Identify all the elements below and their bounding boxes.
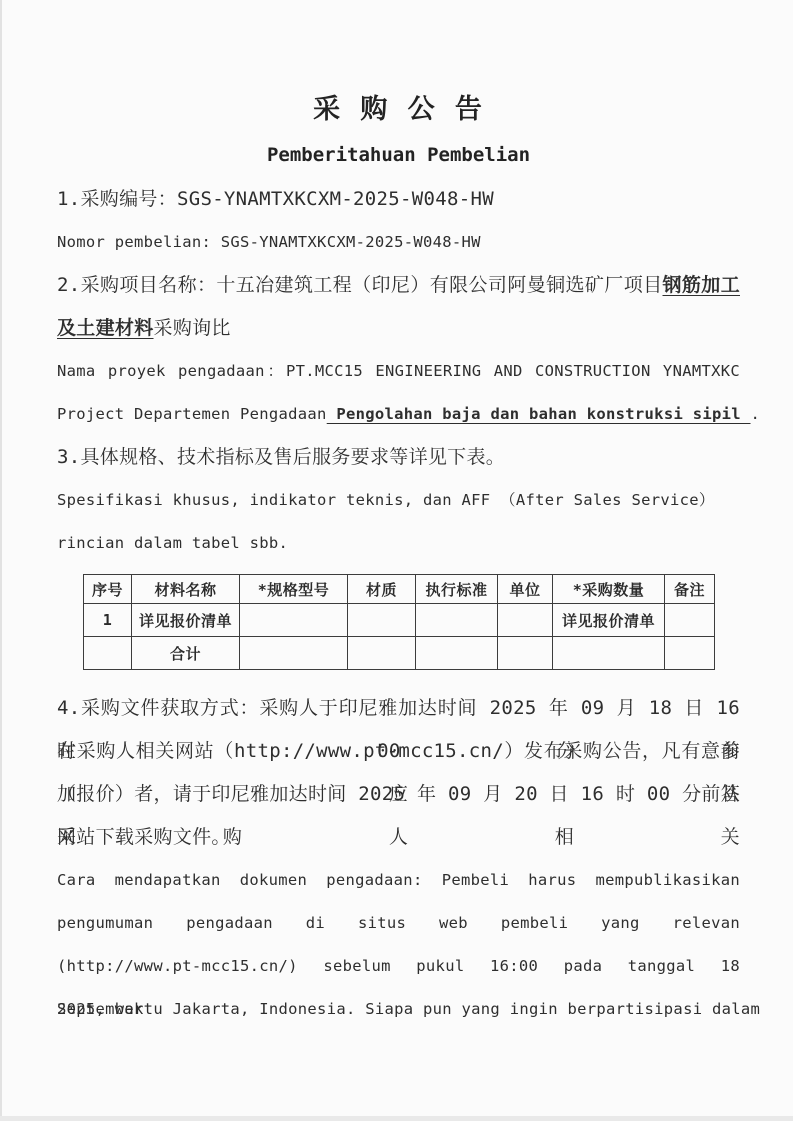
cell-material-name: 详见报价清单	[132, 604, 240, 637]
col-header-material: 材质	[348, 575, 416, 604]
procurement-number-id: Nomor pembelian: SGS-YNAMTXKCXM-2025-W04…	[57, 221, 740, 264]
doc-access-cn-line1: 4.采购文件获取方式：采购人于印尼雅加达时间 2025 年 09 月 18 日 …	[57, 687, 740, 730]
col-header-index: 序号	[84, 575, 132, 604]
cell-quantity	[553, 637, 665, 670]
project-name-cn-underline1: 钢筋加工	[663, 274, 741, 296]
project-name-cn-text: 2.采购项目名称：十五冶建筑工程（印尼）有限公司阿曼铜选矿厂项目	[57, 274, 663, 296]
project-name-cn-line1: 2.采购项目名称：十五冶建筑工程（印尼）有限公司阿曼铜选矿厂项目钢筋加工	[57, 264, 740, 307]
project-name-cn-tail: 采购询比	[154, 317, 231, 339]
cell-spec-model	[240, 637, 348, 670]
col-header-remark: 备注	[665, 575, 715, 604]
doc-access-id-line2: pengumuman pengadaan di situs web pembel…	[57, 902, 740, 945]
cell-index: 1	[84, 604, 132, 637]
doc-access-id-line1: Cara mendapatkan dokumen pengadaan: Pemb…	[57, 859, 740, 902]
col-header-unit: 单位	[498, 575, 553, 604]
project-name-id-line2: Project Departemen Pengadaan Pengolahan …	[57, 393, 740, 436]
cell-standard	[416, 637, 498, 670]
procurement-number-cn: 1.采购编号：SGS-YNAMTXKCXM-2025-W048-HW	[57, 178, 740, 221]
col-header-material-name: 材料名称	[132, 575, 240, 604]
doc-access-id-line3: (http://www.pt-mcc15.cn/) sebelum pukul …	[57, 945, 740, 988]
cell-unit	[498, 604, 553, 637]
cell-spec-model	[240, 604, 348, 637]
table-row: 1 详见报价清单 详见报价清单	[84, 604, 715, 637]
spec-intro-id-line1: Spesifikasi khusus, indikator teknis, da…	[57, 479, 740, 522]
doc-access-id-line4: 2025, waktu Jakarta, Indonesia. Siapa pu…	[57, 988, 740, 1031]
project-name-id-period: .	[751, 405, 761, 423]
doc-access-cn-line2: 在采购人相关网站（http://www.pt-mcc15.cn/）发布采购公告，…	[57, 730, 740, 773]
table-row: 合计	[84, 637, 715, 670]
project-name-id-line1: Nama proyek pengadaan：PT.MCC15 ENGINEERI…	[57, 350, 740, 393]
spec-intro-id-line2: rincian dalam tabel sbb.	[57, 522, 740, 565]
cell-material	[348, 604, 416, 637]
document-page: 采 购 公 告 Pemberitahuan Pembelian 1.采购编号：S…	[0, 0, 793, 1031]
cell-index	[84, 637, 132, 670]
col-header-quantity: *采购数量	[553, 575, 665, 604]
cell-remark	[665, 637, 715, 670]
project-name-id-underline: Pengolahan baja dan bahan konstruksi sip…	[327, 405, 751, 423]
doc-access-cn-line3: （报价）者，请于印尼雅加达时间 2025 年 09 月 20 日 16 时 00…	[57, 773, 740, 816]
cell-unit	[498, 637, 553, 670]
project-name-cn-underline2: 及土建材料	[57, 317, 154, 339]
col-header-standard: 执行标准	[416, 575, 498, 604]
project-name-cn-line2: 及土建材料采购询比	[57, 307, 740, 350]
cell-material	[348, 637, 416, 670]
cell-standard	[416, 604, 498, 637]
project-name-id-text: Project Departemen Pengadaan	[57, 405, 327, 423]
scan-edge-bottom	[0, 1116, 793, 1121]
document-title-indonesian: Pemberitahuan Pembelian	[57, 138, 740, 172]
table-header-row: 序号 材料名称 *规格型号 材质 执行标准 单位 *采购数量 备注	[84, 575, 715, 604]
document-title-chinese: 采 购 公 告	[57, 90, 740, 130]
cell-quantity: 详见报价清单	[553, 604, 665, 637]
cell-total-label: 合计	[132, 637, 240, 670]
cell-remark	[665, 604, 715, 637]
spec-intro-cn: 3.具体规格、技术指标及售后服务要求等详见下表。	[57, 436, 740, 479]
specification-table: 序号 材料名称 *规格型号 材质 执行标准 单位 *采购数量 备注 1 详见报价…	[83, 574, 715, 670]
col-header-spec-model: *规格型号	[240, 575, 348, 604]
